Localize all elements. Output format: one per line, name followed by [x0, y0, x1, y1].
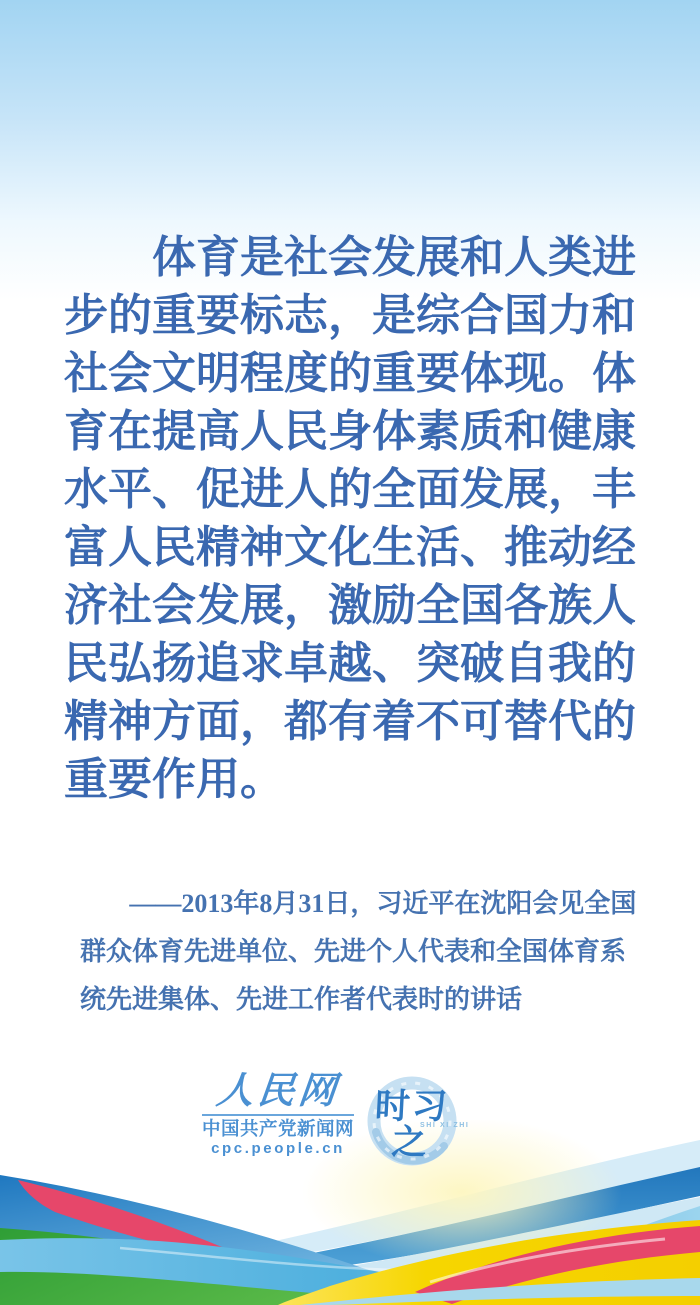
poster: 体育是社会发展和人类进步的重要标志，是综合国力和社会文明程度的重要体现。体育在提… [0, 0, 700, 1305]
text-line: 统先进集体、先进工作者代表时的讲话 [80, 976, 632, 1024]
text-line: 育在提高人民身体素质和健康 [64, 403, 638, 461]
text-line: 水平、促进人的全面发展，丰 [64, 461, 638, 519]
shixizhi-logo: 时习之 SHI XI ZHI [352, 1072, 476, 1170]
text-line: 步的重要标志，是综合国力和 [64, 287, 638, 345]
cpc-news-site-name: 中国共产党新闻网 [200, 1119, 356, 1139]
logo-divider-line [202, 1114, 354, 1116]
peoples-daily-script-wordmark: 人民网 [198, 1072, 358, 1112]
text-line: 民弘扬追求卓越、突破自我的 [64, 635, 638, 693]
quote-text: 体育是社会发展和人类进步的重要标志，是综合国力和社会文明程度的重要体现。体育在提… [64, 229, 638, 809]
text-line: 重要作用。 [64, 751, 638, 809]
text-line: 社会文明程度的重要体现。体 [64, 345, 638, 403]
text-line: 精神方面，都有着不可替代的 [64, 693, 638, 751]
shixizhi-pinyin: SHI XI ZHI [420, 1122, 469, 1129]
peoples-daily-logo: 人民网 中国共产党新闻网 cpc.people.cn [200, 1072, 356, 1157]
text-line: 济社会发展，激励全国各族人 [64, 577, 638, 635]
text-line: ——2013年8月31日，习近平在沈阳会见全国 [80, 880, 632, 928]
cpc-news-domain: cpc.people.cn [200, 1140, 356, 1157]
text-line: 富人民精神文化生活、推动经 [64, 519, 638, 577]
text-line: 体育是社会发展和人类进 [64, 229, 638, 287]
attribution-text: ——2013年8月31日，习近平在沈阳会见全国群众体育先进单位、先进个人代表和全… [80, 880, 632, 1024]
text-line: 群众体育先进单位、先进个人代表和全国体育系 [80, 928, 632, 976]
